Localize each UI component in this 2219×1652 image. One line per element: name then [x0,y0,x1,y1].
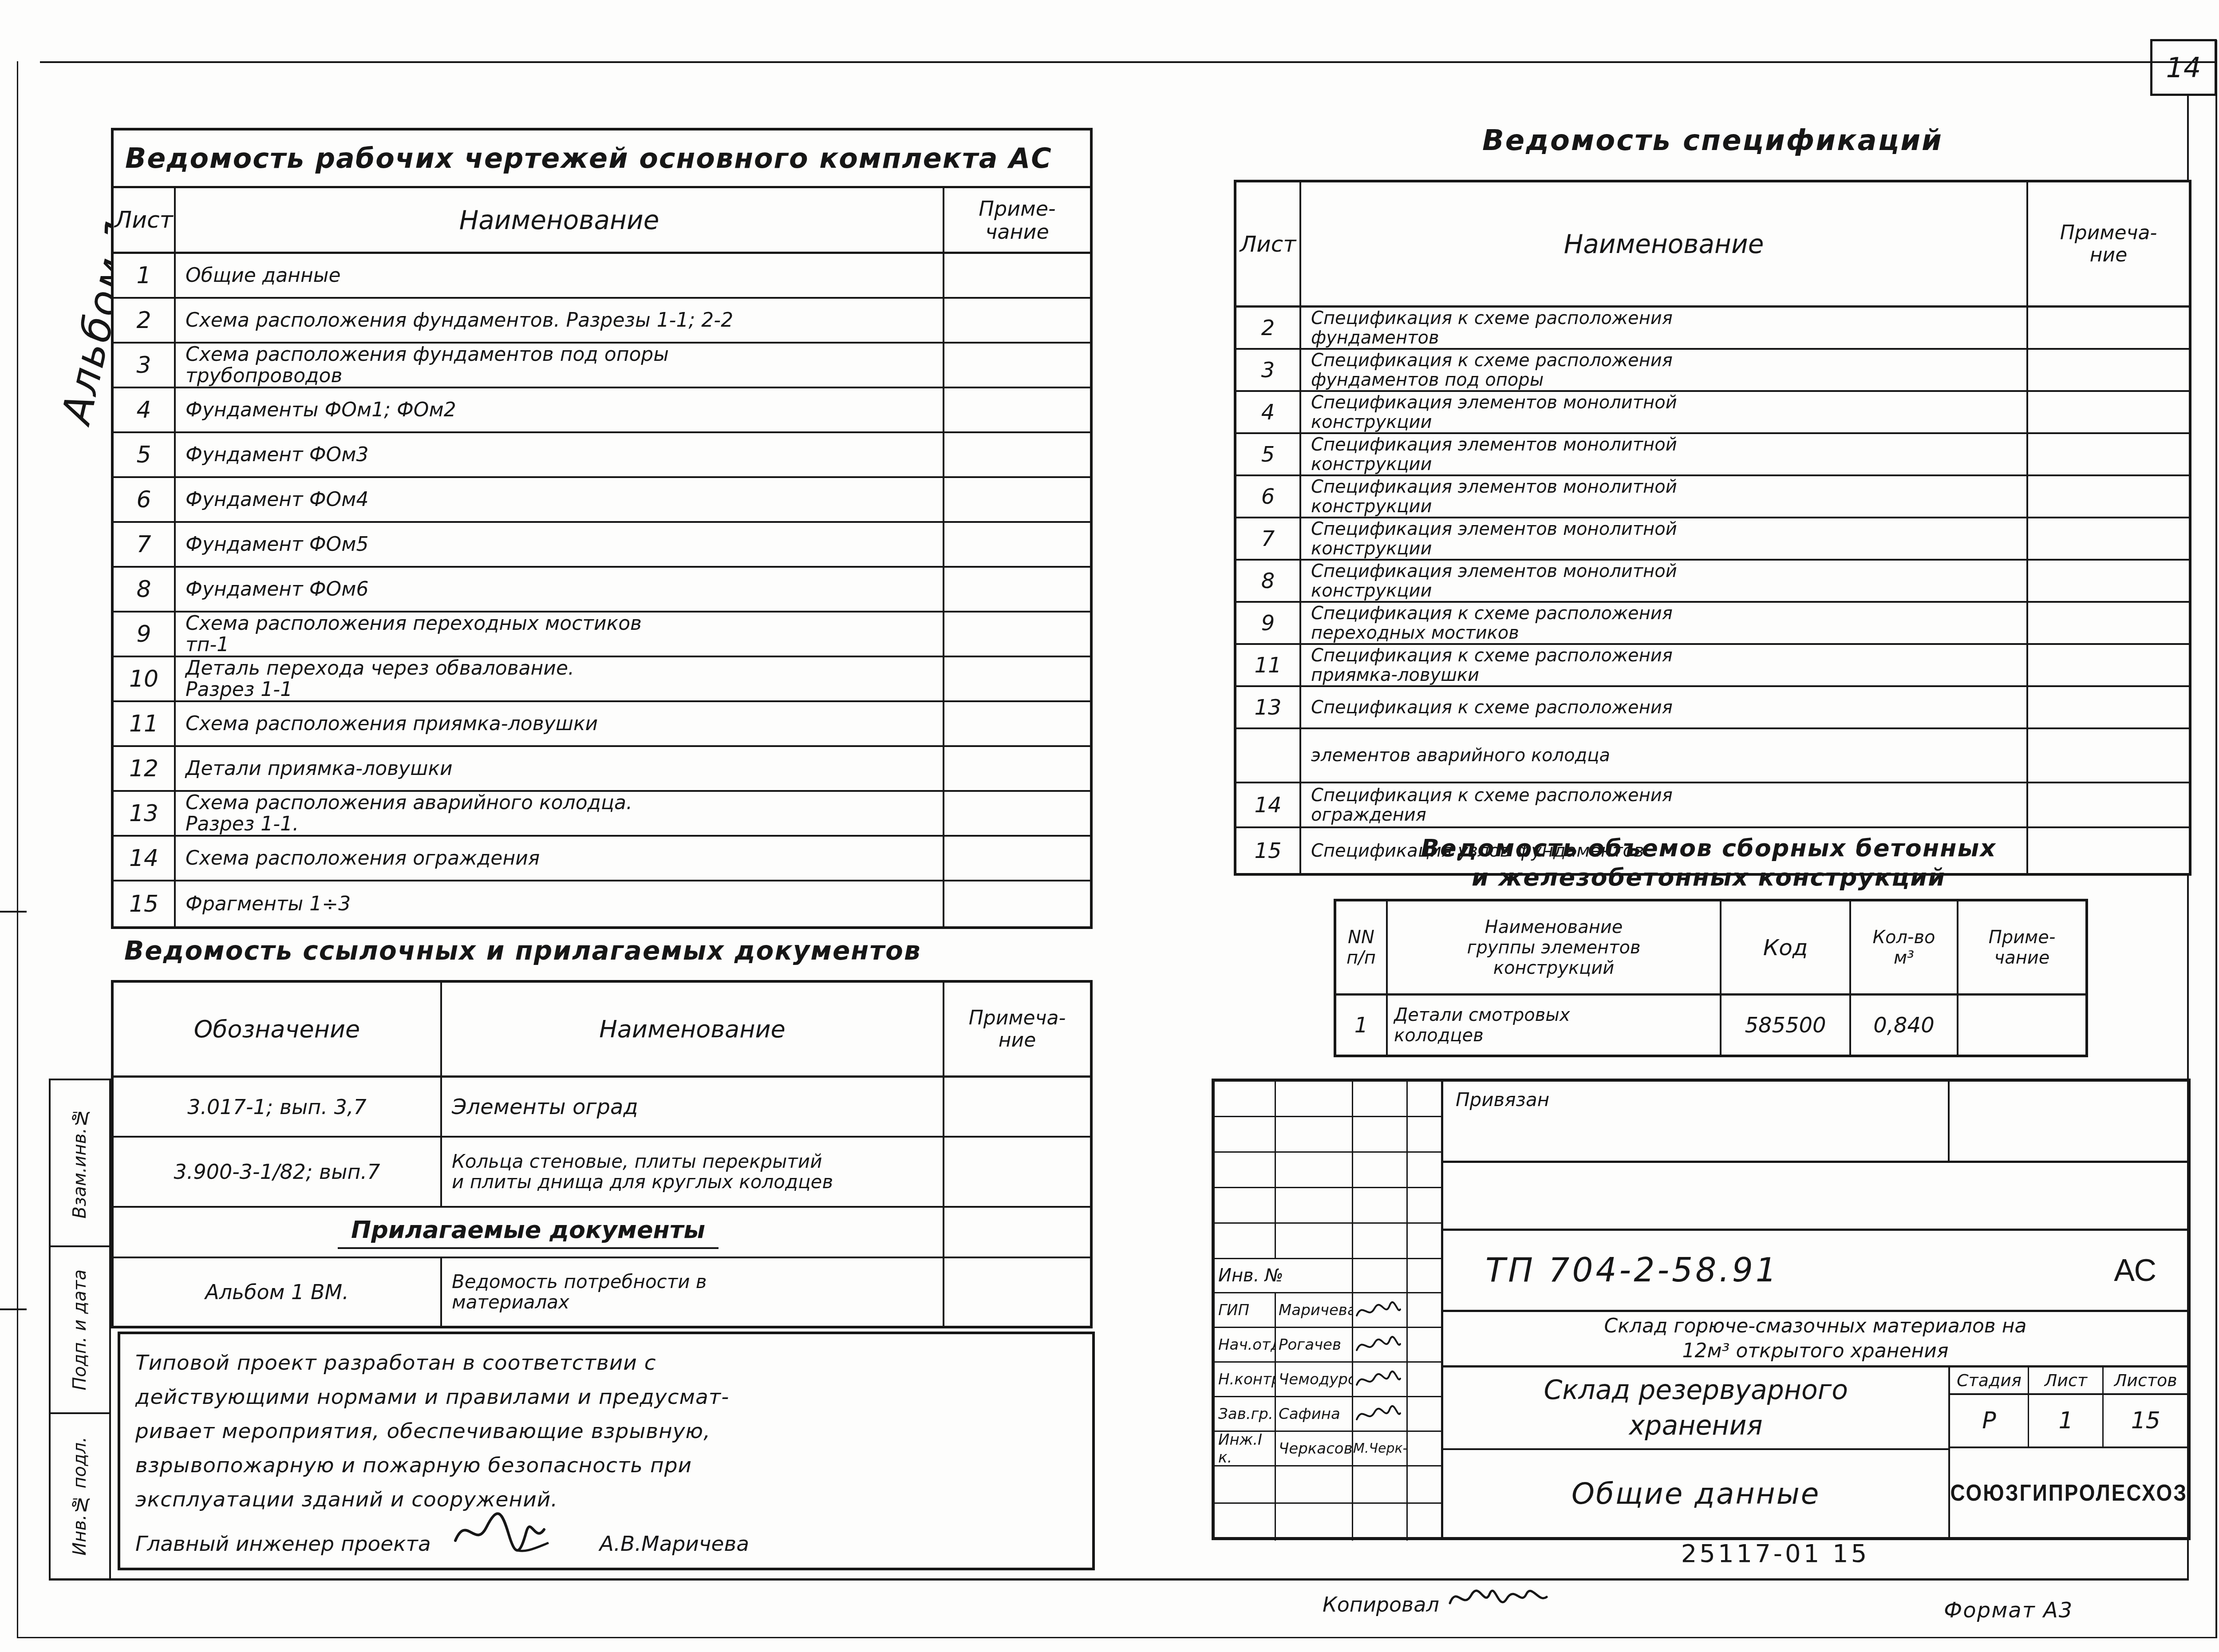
specs-table-title: Ведомость спецификаций [1234,124,2191,157]
drawings-table-row: 13 Схема расположения аварийного колодца… [114,792,1090,837]
row-note-cell [2028,350,2189,390]
header-code: Код [1722,901,1851,993]
row-designation: 3.900-3-1/82; вып.7 [114,1138,442,1206]
drawings-table-row: 9 Схема расположения переходных мостиков… [114,613,1090,657]
header-note: Примеча- ние [944,983,1090,1075]
titleblock-empty-row [1215,1224,1441,1259]
row-title: Спецификация элементов монолитной констр… [1301,434,2028,474]
bottom-area: Склад резервуарного хранения Общие данны… [1443,1367,2187,1537]
frame-bottom-line [49,1578,2189,1581]
chief-engineer-name: А.В.Маричева [600,1532,749,1556]
header-name: Наименование [176,188,944,252]
grid-cell [1408,1259,1441,1292]
row-sheet-number: 10 [114,657,176,700]
grid-cell [1408,1432,1441,1465]
row-note-cell [944,1258,1090,1326]
header-name: Наименование [442,983,944,1075]
volumes-table-header: NN п/п Наименование группы элементов кон… [1336,901,2085,996]
grid-cell [1276,1188,1353,1222]
note-text: Типовой проект разработан в соответствии… [135,1346,1079,1517]
row-note-cell [944,299,1090,342]
grid-cell [1408,1466,1441,1502]
staff-role: Инж.I к. [1215,1432,1276,1465]
volumes-table-row: 1 Детали смотровых колодцев 585500 0,840 [1336,996,2085,1055]
margin-label-podp: Подп. и дата [70,1269,90,1390]
specs-table-row: 4 Спецификация элементов монолитной конс… [1236,392,2189,434]
grid-cell [1408,1188,1441,1222]
frame-outer-right-line [2215,40,2217,1638]
titleblock-inv-row: Инв. № [1215,1259,1441,1293]
row-sheet-number: 13 [114,792,176,835]
sheet-label: Лист [2029,1367,2104,1393]
frame-outer-bottom-line [17,1637,2217,1638]
grid-cell [1353,1224,1408,1258]
row-sheet-number: 9 [1236,603,1301,643]
row-title: Спецификация элементов монолитной констр… [1301,392,2028,432]
row-note-cell [944,1138,1090,1206]
drawings-table-row: 14 Схема расположения ограждения [114,837,1090,881]
staff-signature-cell [1353,1328,1408,1361]
row-sheet-number: 1 [114,254,176,297]
staff-name: Черкасова [1276,1432,1353,1465]
row-title: Схема расположения фундаментов под опоры… [176,344,944,387]
staff-signature-cell [1353,1293,1408,1327]
grid-cell [1276,1117,1353,1151]
row-title: Спецификация элементов монолитной констр… [1301,476,2028,517]
row-note-cell [944,747,1090,790]
volumes-table-title: Ведомость объемов сборных бетонных и жел… [1309,834,2108,892]
stage-value: Р [1950,1395,2029,1446]
specs-table-row: 14 Спецификация к схеме расположения огр… [1236,783,2189,828]
drawings-table-row: 2 Схема расположения фундаментов. Разрез… [114,299,1090,344]
staff-signature-cell [1353,1363,1408,1396]
row-sheet-number: 13 [1236,687,1301,727]
drawings-table-row: 1 Общие данные [114,254,1090,299]
refs-table-header: Обозначение Наименование Примеча- ние [114,983,1090,1078]
drawings-table-row: 3 Схема расположения фундаментов под опо… [114,344,1090,388]
specs-table-row: элементов аварийного колодца [1236,729,2189,783]
specs-table-body: 2 Спецификация к схеме расположения фунд… [1236,308,2189,873]
row-note-cell [2028,308,2189,348]
grid-cell [1276,1504,1353,1541]
row-note-cell [944,254,1090,297]
volumes-table: NN п/п Наименование группы элементов кон… [1334,899,2088,1057]
grid-cell [1276,1224,1353,1258]
grid-cell [1215,1466,1276,1502]
row-title: Фундамент ФОм6 [176,568,944,611]
row-sheet-number: 8 [114,568,176,611]
specs-table-row: 3 Спецификация к схеме расположения фунд… [1236,350,2189,392]
row-title: Кольца стеновые, плиты перекрытий и плит… [442,1138,944,1206]
empty-band [1443,1163,2187,1231]
specs-table-row: 13 Спецификация к схеме расположения [1236,687,2189,729]
titleblock-empty-row [1215,1504,1441,1541]
specs-table-row: 6 Спецификация элементов монолитной конс… [1236,476,2189,518]
staff-row: Нач.отд. Рогачев [1215,1328,1441,1363]
row-title: Схема расположения ограждения [176,837,944,880]
row-title: Элементы оград [442,1078,944,1136]
organization-name: СОЮЗГИПРОЛЕСХОЗ [1950,1479,2187,1506]
staff-role: Зав.гр. [1215,1397,1276,1431]
drawings-table-body: 1 Общие данные 2 Схема расположения фунд… [114,254,1090,926]
margin-label-inv: Инв.№ подл. [70,1437,90,1556]
row-title: Спецификация к схеме расположения перехо… [1301,603,2028,643]
header-num: NN п/п [1336,901,1388,993]
margin-cell-podp: Подп. и дата [49,1245,111,1414]
grid-cell [1215,1504,1276,1541]
grid-cell [1408,1153,1441,1187]
row-code: 585500 [1722,996,1851,1055]
row-title: Фундамент ФОм4 [176,478,944,521]
specs-table-row: 8 Спецификация элементов монолитной конс… [1236,561,2189,603]
row-note-cell [2028,687,2189,727]
grid-cell [1353,1259,1408,1292]
drawings-register-table: Ведомость рабочих чертежей основного ком… [111,128,1093,929]
header-name: Наименование [1301,182,2028,305]
row-note-cell [2028,645,2189,685]
pinned-label: Привязан [1456,1089,1549,1111]
row-sheet-number: 4 [114,388,176,431]
titleblock-empty-row [1215,1153,1441,1188]
row-sheet-number: 15 [114,881,176,926]
row-note-cell [944,478,1090,521]
sheets-value: 15 [2104,1395,2187,1446]
pinned-row: Привязан [1443,1082,2187,1163]
staff-signature-cell: М.Черк- [1353,1432,1408,1465]
row-title: Фрагменты 1÷3 [176,881,944,926]
row-sheet-number: 7 [1236,518,1301,559]
margin-cell-inv: Инв.№ подл. [49,1412,111,1580]
signature-icon [1353,1332,1402,1357]
staff-row: ГИП Маричева [1215,1293,1441,1328]
row-title: Деталь перехода через обвалование. Разре… [176,657,944,700]
row-note-cell [944,523,1090,566]
grid-cell [1276,1466,1353,1502]
header-note: Приме- чание [1958,901,2085,993]
row-title: Ведомость потребности в материалах [442,1258,944,1326]
row-note-cell [944,881,1090,926]
row-title: Спецификация к схеме расположения [1301,687,2028,727]
row-sheet-number: 9 [114,613,176,656]
row-sheet-number: 14 [1236,783,1301,826]
row-note-cell [944,613,1090,656]
refs-table-section-row: Прилагаемые документы [114,1208,1090,1258]
staff-row: Н.контр. Чемодурова [1215,1363,1441,1397]
grid-cell [1353,1153,1408,1187]
refs-table-row: 3.900-3-1/82; вып.7 Кольца стеновые, пли… [114,1138,1090,1208]
row-note-cell [944,792,1090,835]
header-note: Примеча- ние [2028,182,2189,305]
row-title: Фундаменты ФОм1; ФОм2 [176,388,944,431]
grid-cell [1353,1466,1408,1502]
doc-code-row: ТП 704-2-58.91 АС [1443,1231,2187,1312]
facility-name: Склад резервуарного хранения [1443,1367,1948,1450]
drawings-table-title: Ведомость рабочих чертежей основного ком… [114,130,1090,188]
header-name: Наименование группы элементов конструкци… [1388,901,1722,993]
note-box: Типовой проект разработан в соответствии… [118,1332,1095,1570]
signature-icon [1353,1367,1402,1392]
grid-cell [1215,1224,1276,1258]
chief-engineer-label: Главный инженер проекта [135,1532,431,1556]
grid-cell [1353,1082,1408,1116]
row-title: Спецификация к схеме расположения фундам… [1301,308,2028,348]
row-note-cell [2028,729,2189,782]
specs-table-row: 9 Спецификация к схеме расположения пере… [1236,603,2189,645]
row-note-cell [2028,783,2189,826]
row-title: Схема расположения аварийного колодца. Р… [176,792,944,835]
sheet-number: 14 [2166,51,2201,84]
row-title: Спецификация к схеме расположения фундам… [1301,350,2028,390]
header-designation: Обозначение [114,983,442,1075]
row-sheet-number: 4 [1236,392,1301,432]
grid-cell [1353,1504,1408,1541]
row-sheet-number: 11 [1236,645,1301,685]
refs-table-row: 3.017-1; вып. 3,7 Элементы оград [114,1078,1090,1138]
drawings-table-row: 5 Фундамент ФОм3 [114,433,1090,478]
staff-role: Н.контр. [1215,1363,1276,1396]
row-title: Схема расположения переходных мостиков т… [176,613,944,656]
titleblock-empty-row [1215,1188,1441,1224]
refs-table-row: Альбом 1 ВМ. Ведомость потребности в мат… [114,1258,1090,1326]
header-sheet: Лист [1236,182,1301,305]
specs-table-row: 11 Спецификация к схеме расположения при… [1236,645,2189,687]
row-title: Фундамент ФОм3 [176,433,944,476]
row-sheet-number: 15 [1236,828,1301,873]
row-num: 1 [1336,996,1388,1055]
title-block: Инв. № ГИП Маричева [1212,1079,2191,1540]
row-note-cell [944,433,1090,476]
row-note-cell [2028,603,2189,643]
grid-cell [1408,1293,1441,1327]
set-code: АС [2114,1253,2156,1288]
row-note-cell [944,568,1090,611]
staff-role: ГИП [1215,1293,1276,1327]
staff-name: Сафина [1276,1397,1353,1431]
sheet-number-box: 14 [2150,39,2217,96]
row-sheet-number: 2 [114,299,176,342]
row-title: Спецификация к схеме расположения приямк… [1301,645,2028,685]
staff-name: Маричева [1276,1293,1353,1327]
row-title: Фундамент ФОм5 [176,523,944,566]
stage-label: Стадия [1950,1367,2029,1393]
row-title: Общие данные [176,254,944,297]
header-sheet: Лист [114,188,176,252]
chief-engineer-sign-row: Главный инженер проекта А.В.Маричева [135,1507,1079,1556]
row-note-cell [2028,434,2189,474]
row-note-cell [944,657,1090,700]
copier-signature-icon [1445,1581,1552,1616]
signature-icon [1353,1402,1402,1427]
grid-cell [1408,1082,1441,1116]
grid-cell [1408,1363,1441,1396]
copied-by-row: Копировал [1323,1581,1552,1616]
staff-role: Нач.отд. [1215,1328,1276,1361]
margin-label-vzam: Взам.инв.№ [70,1107,90,1219]
grid-cell [1353,1188,1408,1222]
staff-row: Зав.гр. Сафина [1215,1397,1441,1432]
row-sheet-number: 2 [1236,308,1301,348]
grid-cell [1408,1117,1441,1151]
sheet-title: Общие данные [1443,1450,1948,1537]
grid-cell [1408,1397,1441,1431]
inv-number-label: Инв. № [1215,1259,1353,1292]
row-note-cell [944,388,1090,431]
grid-cell [1215,1153,1276,1187]
centering-mark-lower [0,1308,27,1310]
title-block-left-grid: Инв. № ГИП Маричева [1215,1082,1443,1537]
row-note-cell [2028,518,2189,559]
staff-rows: ГИП Маричева Нач.отд. Рогачев [1215,1293,1441,1466]
drawings-table-row: 7 Фундамент ФОм5 [114,523,1090,568]
row-note-cell [2028,476,2189,517]
frame-outer-left-line [17,61,18,1638]
row-sheet-number: 7 [114,523,176,566]
staff-row: Инж.I к. Черкасова М.Черк- [1215,1432,1441,1466]
specs-table-row: 5 Спецификация элементов монолитной конс… [1236,434,2189,476]
row-sheet-number: 14 [114,837,176,880]
object-name-row: Склад горюче-смазочных материалов на 12м… [1443,1312,2187,1367]
row-title: элементов аварийного колодца [1301,729,2028,782]
signature-icon [1353,1298,1402,1323]
drawings-table-row: 6 Фундамент ФОм4 [114,478,1090,523]
refs-table: Обозначение Наименование Примеча- ние 3.… [111,980,1093,1328]
row-note-cell [944,837,1090,880]
row-note-cell [944,1078,1090,1136]
row-sheet-number: 8 [1236,561,1301,601]
format-label: Формат А3 [1944,1598,2073,1623]
drawings-table-row: 4 Фундаменты ФОм1; ФОм2 [114,388,1090,433]
row-sheet-number: 3 [114,344,176,387]
row-designation: Альбом 1 ВМ. [114,1258,442,1326]
row-note-cell [944,344,1090,387]
row-sheet-number [1236,729,1301,782]
title-block-right: Привязан ТП 704-2-58.91 АС Склад горюче-… [1443,1082,2187,1537]
row-note-cell [944,1208,1090,1257]
specs-table-header: Лист Наименование Примеча- ние [1236,182,2189,308]
specs-table-row: 7 Спецификация элементов монолитной конс… [1236,518,2189,561]
row-sheet-number: 3 [1236,350,1301,390]
grid-cell [1215,1082,1276,1116]
staff-signature-cell [1353,1397,1408,1431]
grid-cell [1353,1117,1408,1151]
row-sheet-number: 11 [114,702,176,745]
row-name: Детали смотровых колодцев [1388,996,1722,1055]
grid-cell [1408,1224,1441,1258]
row-designation: 3.017-1; вып. 3,7 [114,1078,442,1136]
titleblock-empty-row [1215,1117,1441,1153]
row-sheet-number: 6 [1236,476,1301,517]
staff-sig-text: М.Черк- [1353,1441,1407,1456]
chief-engineer-signature-icon [449,1507,582,1556]
refs-table-title: Ведомость ссылочных и прилагаемых докуме… [124,936,921,966]
row-note-cell [2028,392,2189,432]
row-title: Детали приямка-ловушки [176,747,944,790]
specs-table: Лист Наименование Примеча- ние 2 Специфи… [1234,180,2191,876]
header-note: Приме- чание [944,188,1090,252]
row-title: Схема расположения приямка-ловушки [176,702,944,745]
row-title: Спецификация к схеме расположения огражд… [1301,783,2028,826]
row-qty: 0,840 [1851,996,1958,1055]
drawings-table-row: 11 Схема расположения приямка-ловушки [114,702,1090,747]
titleblock-empty-row [1215,1082,1441,1117]
doc-code: ТП 704-2-58.91 [1485,1251,1779,1289]
row-note-cell [2028,561,2189,601]
row-title: Схема расположения фундаментов. Разрезы … [176,299,944,342]
grid-cell [1276,1082,1353,1116]
row-title: Спецификация элементов монолитной констр… [1301,561,2028,601]
drawings-table-row: 12 Детали приямка-ловушки [114,747,1090,792]
centering-mark-upper [0,911,27,913]
row-sheet-number: 5 [114,433,176,476]
header-qty: Кол-во м³ [1851,901,1958,993]
row-sheet-number: 5 [1236,434,1301,474]
drawings-table-row: 10 Деталь перехода через обвалование. Ра… [114,657,1090,702]
row-title: Спецификация элементов монолитной констр… [1301,518,2028,559]
grid-cell [1408,1328,1441,1361]
row-note-cell [944,702,1090,745]
staff-name: Чемодурова [1276,1363,1353,1396]
specs-table-row: 2 Спецификация к схеме расположения фунд… [1236,308,2189,350]
row-note-cell [1958,996,2085,1055]
drawings-table-row: 15 Фрагменты 1÷3 [114,881,1090,926]
stamp-code: 25117-01 15 [1615,1539,1935,1568]
frame-top-line [40,61,2217,63]
drawings-table-header: Лист Наименование Приме- чание [114,188,1090,254]
margin-cell-vzam: Взам.инв.№ [49,1079,111,1247]
sheet-value: 1 [2029,1395,2104,1446]
row-sheet-number: 6 [114,478,176,521]
grid-cell [1276,1153,1353,1187]
drawings-table-row: 8 Фундамент ФОм6 [114,568,1090,613]
grid-cell [1408,1504,1441,1541]
row-sheet-number: 12 [114,747,176,790]
copied-by-label: Копировал [1323,1593,1439,1616]
grid-cell [1215,1117,1276,1151]
attached-docs-section-title: Прилагаемые документы [114,1208,944,1257]
sheets-label: Листов [2104,1367,2187,1393]
grid-cell [1215,1188,1276,1222]
titleblock-empty-row [1215,1466,1441,1504]
staff-name: Рогачев [1276,1328,1353,1361]
pinned-empty-cell [1950,1082,2187,1161]
